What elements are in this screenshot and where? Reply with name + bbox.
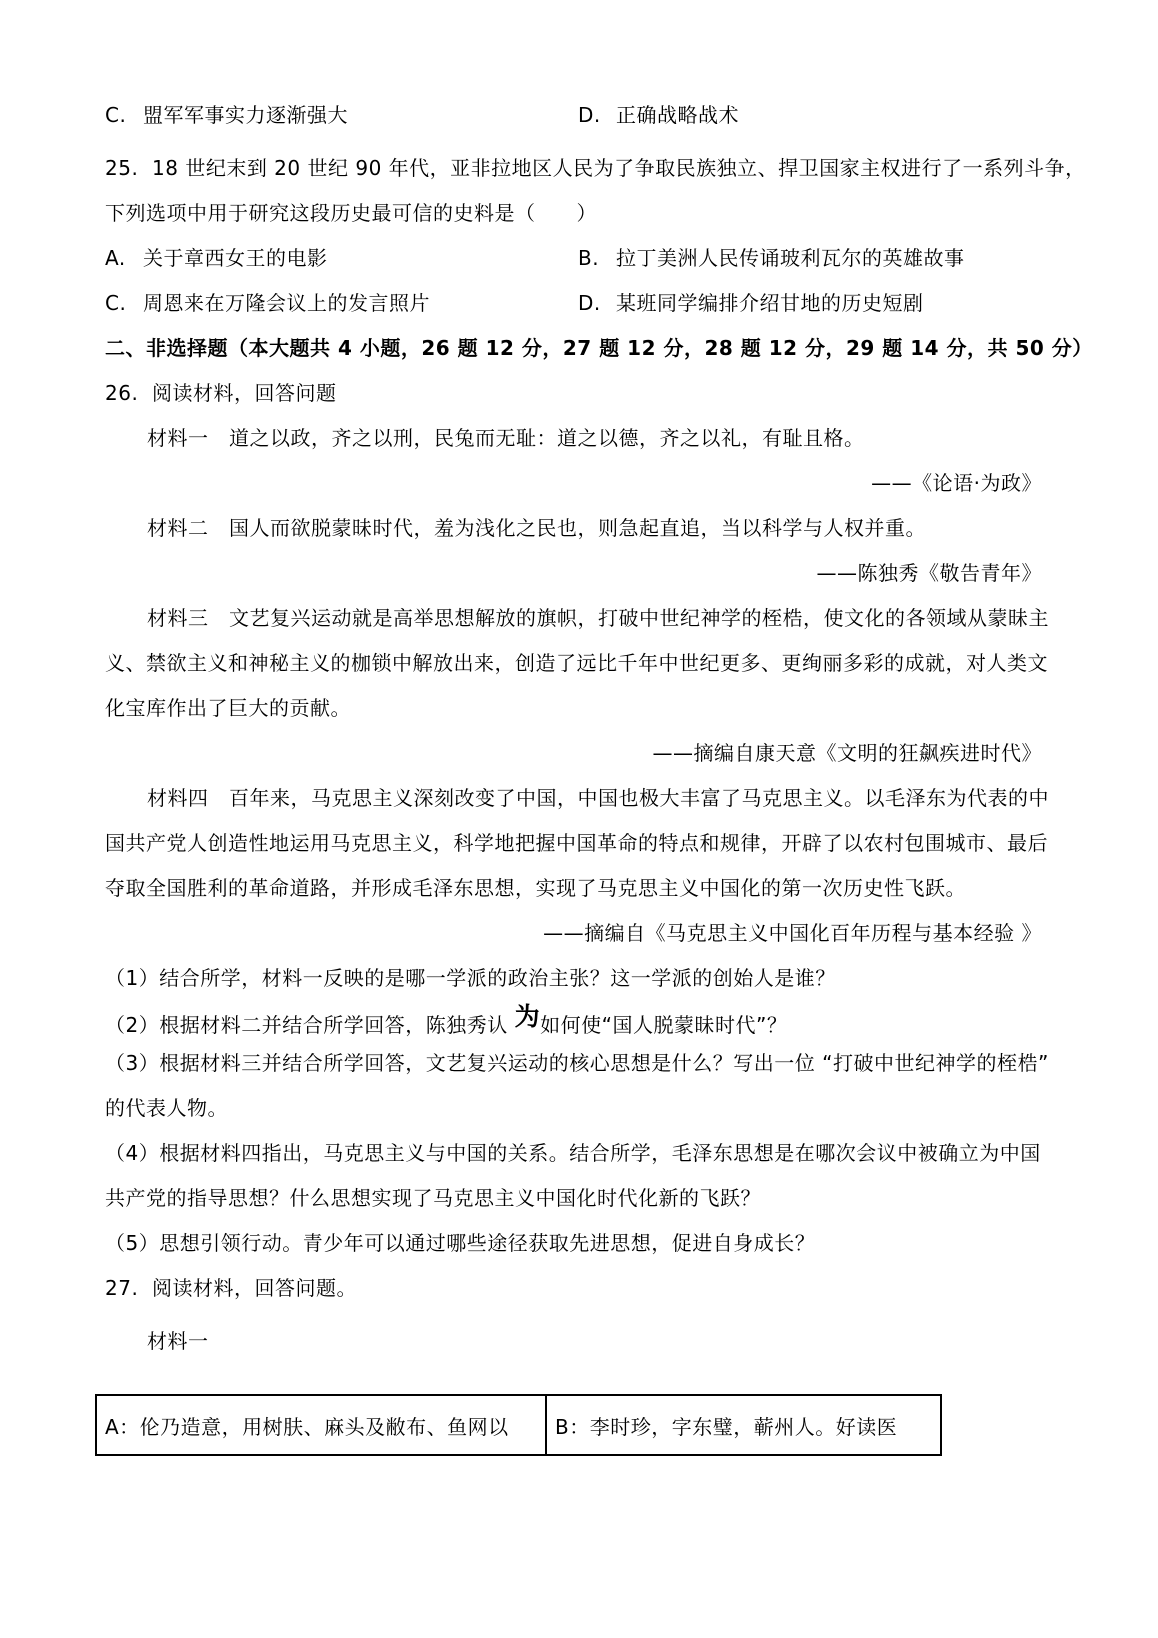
option-c: C.周恩来在万隆会议上的发言照片: [105, 281, 578, 326]
question-26-subquestion-2: （2）根据材料二并结合所学回答，陈独秀认 为如何使“国人脱蒙昧时代”？: [105, 1001, 1042, 1046]
exam-page: C.盟军军事实力逐渐强大 D.正确战略战术 25. 18 世纪末到 20 世纪 …: [0, 0, 1158, 1456]
option-d-letter: D.: [578, 281, 616, 326]
material-1-text: 材料一 道之以政，齐之以刑，民兔而无耻：道之以德，齐之以礼，有耻且格。: [105, 416, 1042, 461]
option-b-text: 拉丁美洲人民传诵玻利瓦尔的英雄故事: [616, 246, 965, 270]
question-25-stem-line-1: 25. 18 世纪末到 20 世纪 90 年代，亚非拉地区人民为了争取民族独立、…: [105, 146, 1042, 191]
option-d: D.正确战略战术: [578, 93, 1042, 138]
material-4-line-2: 国共产党人创造性地运用马克思主义，科学地把握中国革命的特点和规律，开辟了以农村包…: [105, 821, 1042, 866]
question-26-subquestion-4-line-2: 共产党的指导思想？什么思想实现了马克思主义中国化时代化新的飞跃？: [105, 1176, 1042, 1221]
question-26-subquestion-5: （5）思想引领行动。青少年可以通过哪些途径获取先进思想，促进自身成长？: [105, 1221, 1042, 1266]
option-a-letter: A.: [105, 236, 143, 281]
option-d-letter: D.: [578, 93, 616, 138]
question-26-subquestion-3-line-2: 的代表人物。: [105, 1086, 1042, 1131]
question-27-material-table: A：伦乃造意，用树肤、麻头及敝布、鱼网以 B：李时珍，字东璧，蕲州人。好读医: [95, 1394, 942, 1456]
question-25-stem-line-2: 下列选项中用于研究这段历史最可信的史料是（ ）: [105, 191, 1042, 236]
option-d-text: 某班同学编排介绍甘地的历史短剧: [616, 291, 924, 315]
question-24-options-row: C.盟军军事实力逐渐强大 D.正确战略战术: [105, 93, 1042, 138]
material-2-text: 材料二 国人而欲脱蒙昧时代，羞为浅化之民也，则急起直追，当以科学与人权并重。: [105, 506, 1042, 551]
material-3-line-2: 义、禁欲主义和神秘主义的枷锁中解放出来，创造了远比千年中世纪更多、更绚丽多彩的成…: [105, 641, 1042, 686]
question-26-subquestion-3-line-1: （3）根据材料三并结合所学回答，文艺复兴运动的核心思想是什么？写出一位 “打破中…: [105, 1041, 1042, 1086]
section-2-header: 二、非选择题（本大题共 4 小题，26 题 12 分，27 题 12 分，28 …: [105, 326, 1042, 371]
material-4-source: ——摘编自《马克思主义中国化百年历程与基本经验 》: [105, 911, 1042, 956]
subquestion-2-before: （2）根据材料二并结合所学回答，陈独秀认: [105, 1013, 515, 1037]
material-4-line-1: 材料四 百年来，马克思主义深刻改变了中国，中国也极大丰富了马克思主义。以毛泽东为…: [105, 776, 1042, 821]
option-d: D.某班同学编排介绍甘地的历史短剧: [578, 281, 1042, 326]
table-cell-b: B：李时珍，字东璧，蕲州人。好读医: [546, 1395, 941, 1455]
option-c-text: 盟军军事实力逐渐强大: [143, 103, 348, 127]
material-4-line-3: 夺取全国胜利的革命道路，并形成毛泽东思想，实现了马克思主义中国化的第一次历史性飞…: [105, 866, 1042, 911]
option-b-letter: B.: [578, 236, 616, 281]
option-c-letter: C.: [105, 93, 143, 138]
question-26-subquestion-4-line-1: （4）根据材料四指出，马克思主义与中国的关系。结合所学，毛泽东思想是在哪次会议中…: [105, 1131, 1042, 1176]
material-3-source: ——摘编自康天意《文明的狂飙疾进时代》: [105, 731, 1042, 776]
question-27-intro: 27. 阅读材料，回答问题。: [105, 1266, 1042, 1311]
option-d-text: 正确战略战术: [616, 103, 739, 127]
subquestion-2-emphasis: 为: [515, 1002, 541, 1031]
question-25-options-row-2: C.周恩来在万隆会议上的发言照片 D.某班同学编排介绍甘地的历史短剧: [105, 281, 1042, 326]
option-c-letter: C.: [105, 281, 143, 326]
material-2-source: ——陈独秀《敬告青年》: [105, 551, 1042, 596]
question-26-subquestion-1: （1）结合所学，材料一反映的是哪一学派的政治主张？这一学派的创始人是谁？: [105, 956, 1042, 1001]
material-3-line-1: 材料三 文艺复兴运动就是高举思想解放的旗帜，打破中世纪神学的桎梏，使文化的各领域…: [105, 596, 1042, 641]
material-3-line-3: 化宝库作出了巨大的贡献。: [105, 686, 1042, 731]
table-cell-a: A：伦乃造意，用树肤、麻头及敝布、鱼网以: [96, 1395, 546, 1455]
material-1-source: ——《论语·为政》: [105, 461, 1042, 506]
option-c: C.盟军军事实力逐渐强大: [105, 93, 578, 138]
option-c-text: 周恩来在万隆会议上的发言照片: [143, 291, 430, 315]
question-26-intro: 26. 阅读材料，回答问题: [105, 371, 1042, 416]
question-27-material-1-label: 材料一: [105, 1319, 1042, 1364]
option-b: B.拉丁美洲人民传诵玻利瓦尔的英雄故事: [578, 236, 1042, 281]
question-25-options-row-1: A.关于章西女王的电影 B.拉丁美洲人民传诵玻利瓦尔的英雄故事: [105, 236, 1042, 281]
option-a: A.关于章西女王的电影: [105, 236, 578, 281]
option-a-text: 关于章西女王的电影: [143, 246, 328, 270]
table-row: A：伦乃造意，用树肤、麻头及敝布、鱼网以 B：李时珍，字东璧，蕲州人。好读医: [96, 1395, 941, 1455]
subquestion-2-after: 如何使“国人脱蒙昧时代”？: [540, 1013, 787, 1037]
